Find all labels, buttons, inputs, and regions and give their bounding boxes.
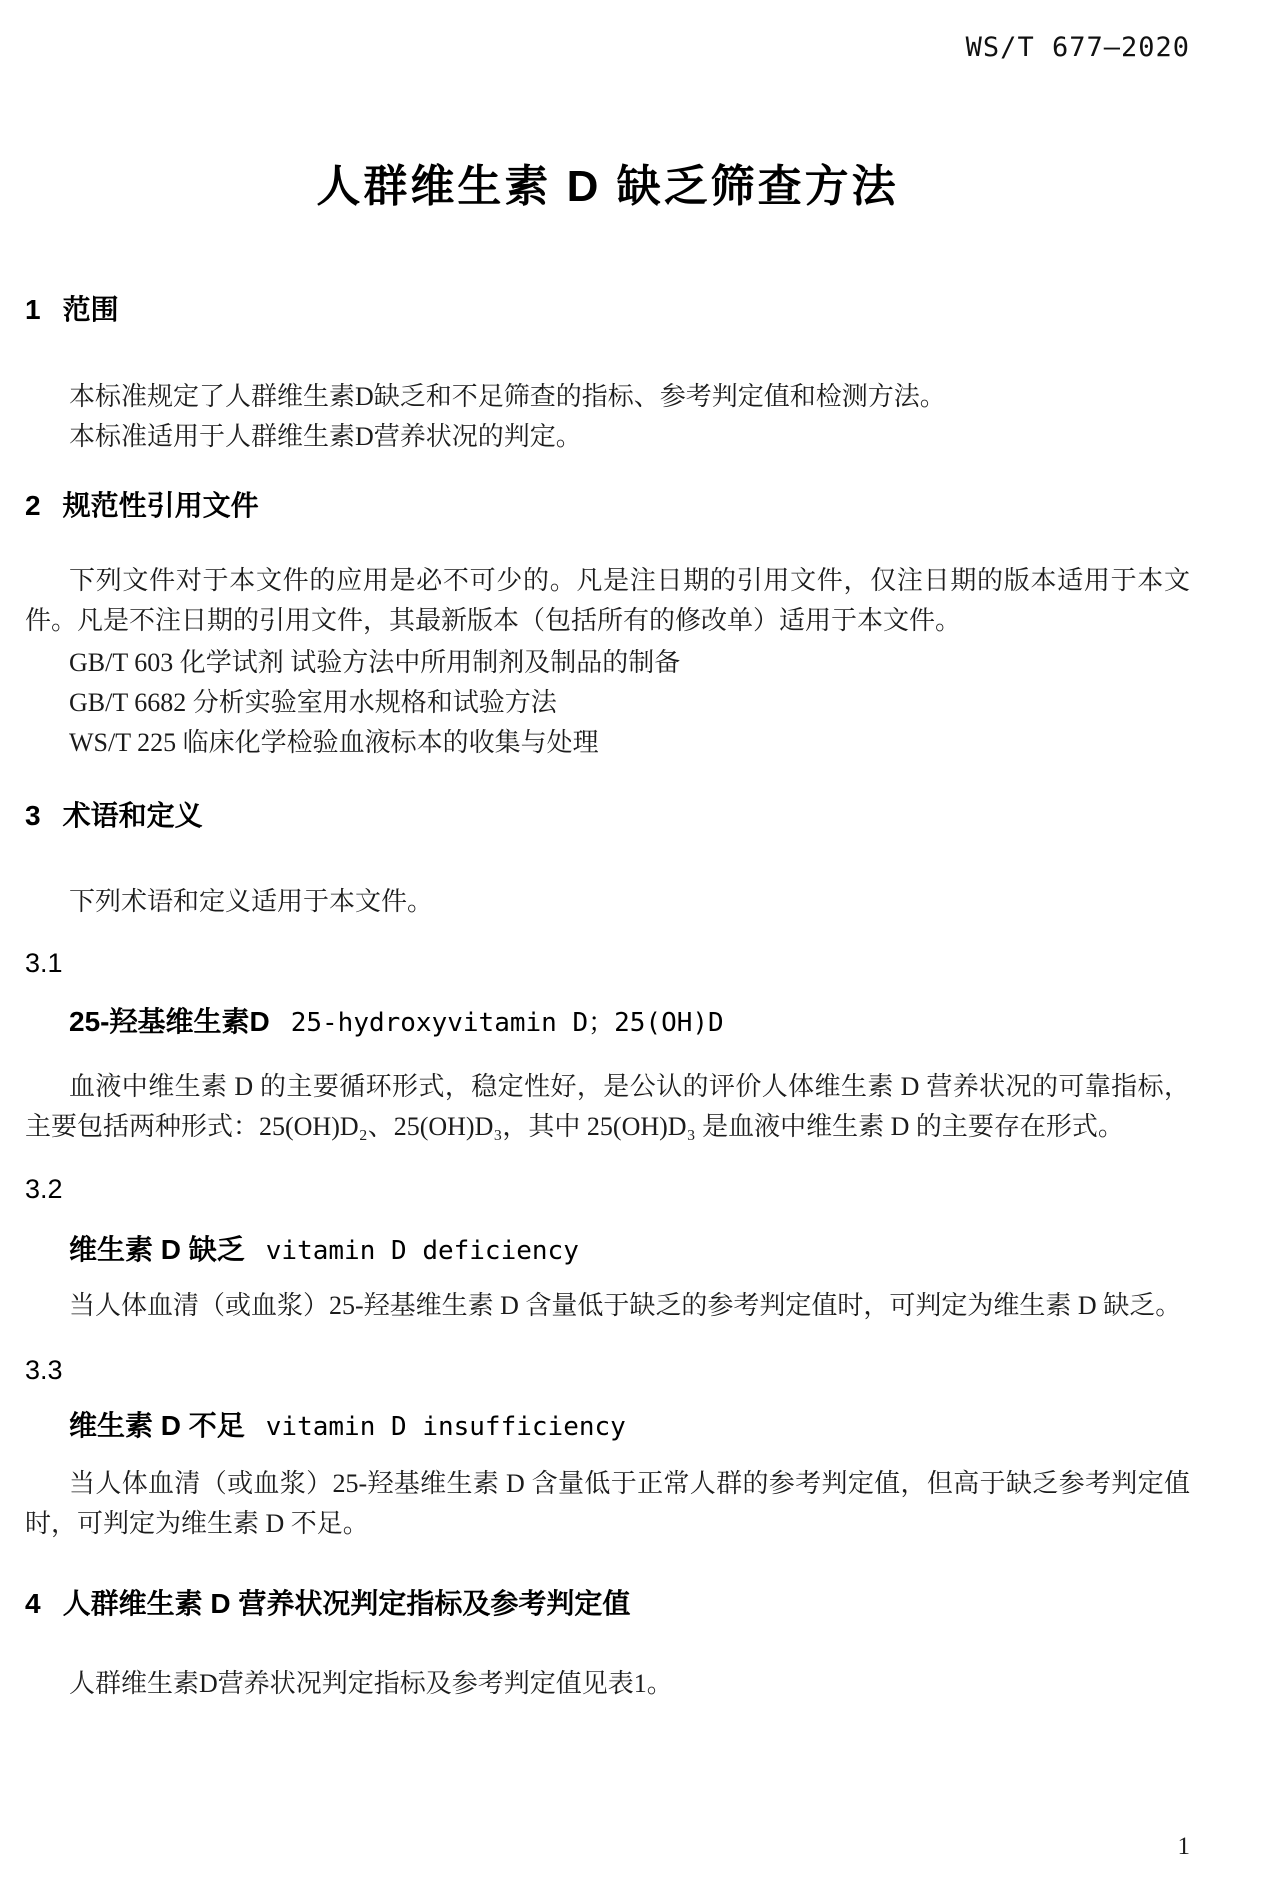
term-3-3-name-en: vitamin D insufficiency — [266, 1412, 626, 1442]
section-4-paragraph: 人群维生素D营养状况判定指标及参考判定值见表1。 — [25, 1664, 1190, 1704]
term-3-2-name-zh: 维生素 D 缺乏 — [69, 1234, 245, 1265]
section-1-title: 范围 — [63, 293, 119, 327]
page-number: 1 — [1178, 1834, 1191, 1860]
term-3-1-number: 3.1 — [25, 947, 1190, 979]
section-4-title: 人群维生素 D 营养状况判定指标及参考判定值 — [63, 1587, 631, 1621]
term-3-1-name-en: 25-hydroxyvitamin D；25(OH)D — [291, 1008, 724, 1038]
section-3-number: 3 — [25, 799, 41, 833]
section-2-heading: 2 规范性引用文件 — [25, 489, 1190, 523]
section-3-intro: 下列术语和定义适用于本文件。 — [25, 882, 1190, 922]
term-3-1-name-zh: 25-羟基维生素D — [69, 1006, 270, 1037]
document-title: 人群维生素 D 缺乏筛查方法 — [25, 161, 1190, 213]
section-2-paragraph: 下列文件对于本文件的应用是必不可少的。凡是注日期的引用文件，仅注日期的版本适用于… — [25, 561, 1190, 641]
term-3-2-definition: 当人体血清（或血浆）25-羟基维生素 D 含量低于缺乏的参考判定值时，可判定为维… — [25, 1286, 1190, 1326]
section-4-heading: 4 人群维生素 D 营养状况判定指标及参考判定值 — [25, 1587, 1190, 1621]
term-3-3-definition: 当人体血清（或血浆）25-羟基维生素 D 含量低于正常人群的参考判定值，但高于缺… — [25, 1464, 1190, 1544]
section-2-title: 规范性引用文件 — [63, 489, 259, 523]
standard-code: WS/T 677—2020 — [25, 33, 1190, 63]
term-3-1-definition: 血液中维生素 D 的主要循环形式，稳定性好，是公认的评价人体维生素 D 营养状况… — [25, 1067, 1190, 1147]
section-4-number: 4 — [25, 1587, 41, 1621]
normative-reference-1: GB/T 603 化学试剂 试验方法中所用制剂及制品的制备 — [25, 643, 1190, 683]
term-3-2-name-en: vitamin D deficiency — [266, 1236, 579, 1266]
section-1-number: 1 — [25, 293, 41, 327]
section-1-paragraph-2: 本标准适用于人群维生素D营养状况的判定。 — [25, 417, 1190, 457]
section-1-heading: 1 范围 — [25, 293, 1190, 327]
term-3-3-heading: 维生素 D 不足 vitamin D insufficiency — [25, 1408, 1190, 1445]
section-3-title: 术语和定义 — [63, 799, 203, 833]
document-page: WS/T 677—2020 人群维生素 D 缺乏筛查方法 1 范围 本标准规定了… — [0, 0, 1280, 1900]
section-1-paragraph-1: 本标准规定了人群维生素D缺乏和不足筛查的指标、参考判定值和检测方法。 — [25, 377, 1190, 417]
normative-reference-2: GB/T 6682 分析实验室用水规格和试验方法 — [25, 683, 1190, 723]
term-3-2-number: 3.2 — [25, 1173, 1190, 1205]
term-3-3-name-zh: 维生素 D 不足 — [69, 1410, 245, 1441]
term-3-2-heading: 维生素 D 缺乏 vitamin D deficiency — [25, 1232, 1190, 1269]
section-2-number: 2 — [25, 489, 41, 523]
section-3-heading: 3 术语和定义 — [25, 799, 1190, 833]
normative-reference-3: WS/T 225 临床化学检验血液标本的收集与处理 — [25, 723, 1190, 763]
term-3-3-number: 3.3 — [25, 1354, 1190, 1386]
term-3-1-heading: 25-羟基维生素D 25-hydroxyvitamin D；25(OH)D — [25, 1004, 1190, 1041]
